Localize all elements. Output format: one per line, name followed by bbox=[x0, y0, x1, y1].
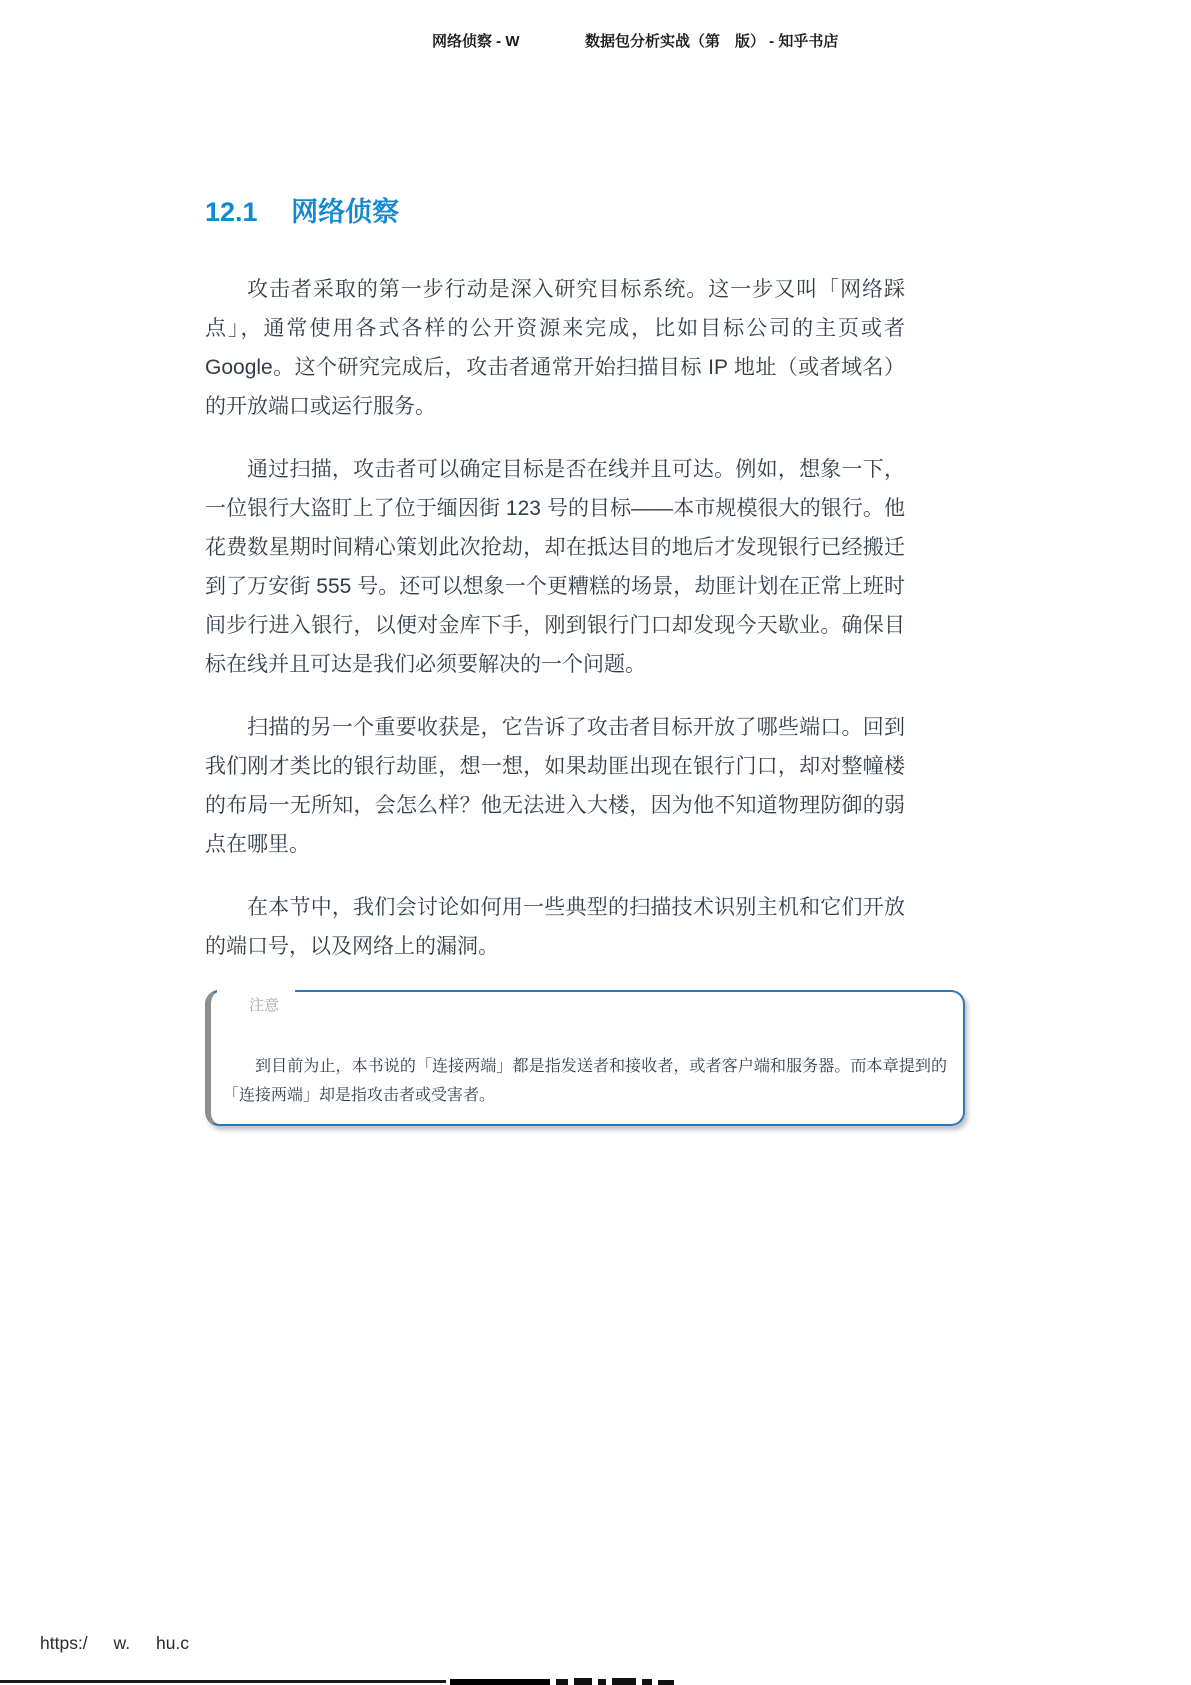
glyph-fragment bbox=[574, 1678, 592, 1685]
footer-url-segment: hu.c bbox=[156, 1633, 189, 1653]
glyph-fragment bbox=[642, 1679, 652, 1685]
footer-url-watermark: https:/ w. hu.c bbox=[40, 1633, 189, 1654]
section-heading: 12.1 网络侦察 bbox=[205, 192, 1191, 232]
note-box: 注意 到目前为止，本书说的「连接两端」都是指发送者和接收者，或者客户端和服务器。… bbox=[205, 990, 965, 1126]
bottom-cutoff-rule bbox=[0, 1680, 446, 1683]
paragraph-recon-intro: 攻击者采取的第一步行动是深入研究目标系统。这一步又叫「网络踩点」，通常使用各式各… bbox=[205, 270, 905, 426]
glyph-fragment bbox=[556, 1679, 568, 1685]
paragraph-open-ports: 扫描的另一个重要收获是，它告诉了攻击者目标开放了哪些端口。回到我们刚才类比的银行… bbox=[205, 708, 905, 864]
note-label: 注意 bbox=[217, 990, 295, 1018]
content-area: 12.1 网络侦察 攻击者采取的第一步行动是深入研究目标系统。这一步又叫「网络踩… bbox=[0, 0, 1191, 1126]
glyph-fragment bbox=[658, 1680, 674, 1685]
glyph-fragment bbox=[598, 1679, 606, 1685]
footer-url-segment: https:/ bbox=[40, 1633, 88, 1653]
glyph-fragment bbox=[612, 1678, 636, 1685]
bottom-cutoff-taskbar-fragment bbox=[450, 1679, 550, 1685]
bottom-cutoff-glyph-fragments bbox=[556, 1678, 674, 1685]
paragraph-bank-robber-analogy: 通过扫描，攻击者可以确定目标是否在线并且可达。例如，想象一下，一位银行大盗盯上了… bbox=[205, 450, 905, 684]
section-title: 网络侦察 bbox=[291, 197, 399, 227]
ebook-page: 网络侦察 - W 数据包分析实战（第 版） - 知乎书店 12.1 网络侦察 攻… bbox=[0, 0, 1191, 1685]
paragraph-section-overview: 在本节中，我们会讨论如何用一些典型的扫描技术识别主机和它们开放的端口号，以及网络… bbox=[205, 888, 905, 966]
note-text: 到目前为止，本书说的「连接两端」都是指发送者和接收者，或者客户端和服务器。而本章… bbox=[223, 1052, 947, 1110]
footer-url-segment: w. bbox=[114, 1633, 131, 1653]
section-number: 12.1 bbox=[205, 197, 258, 227]
